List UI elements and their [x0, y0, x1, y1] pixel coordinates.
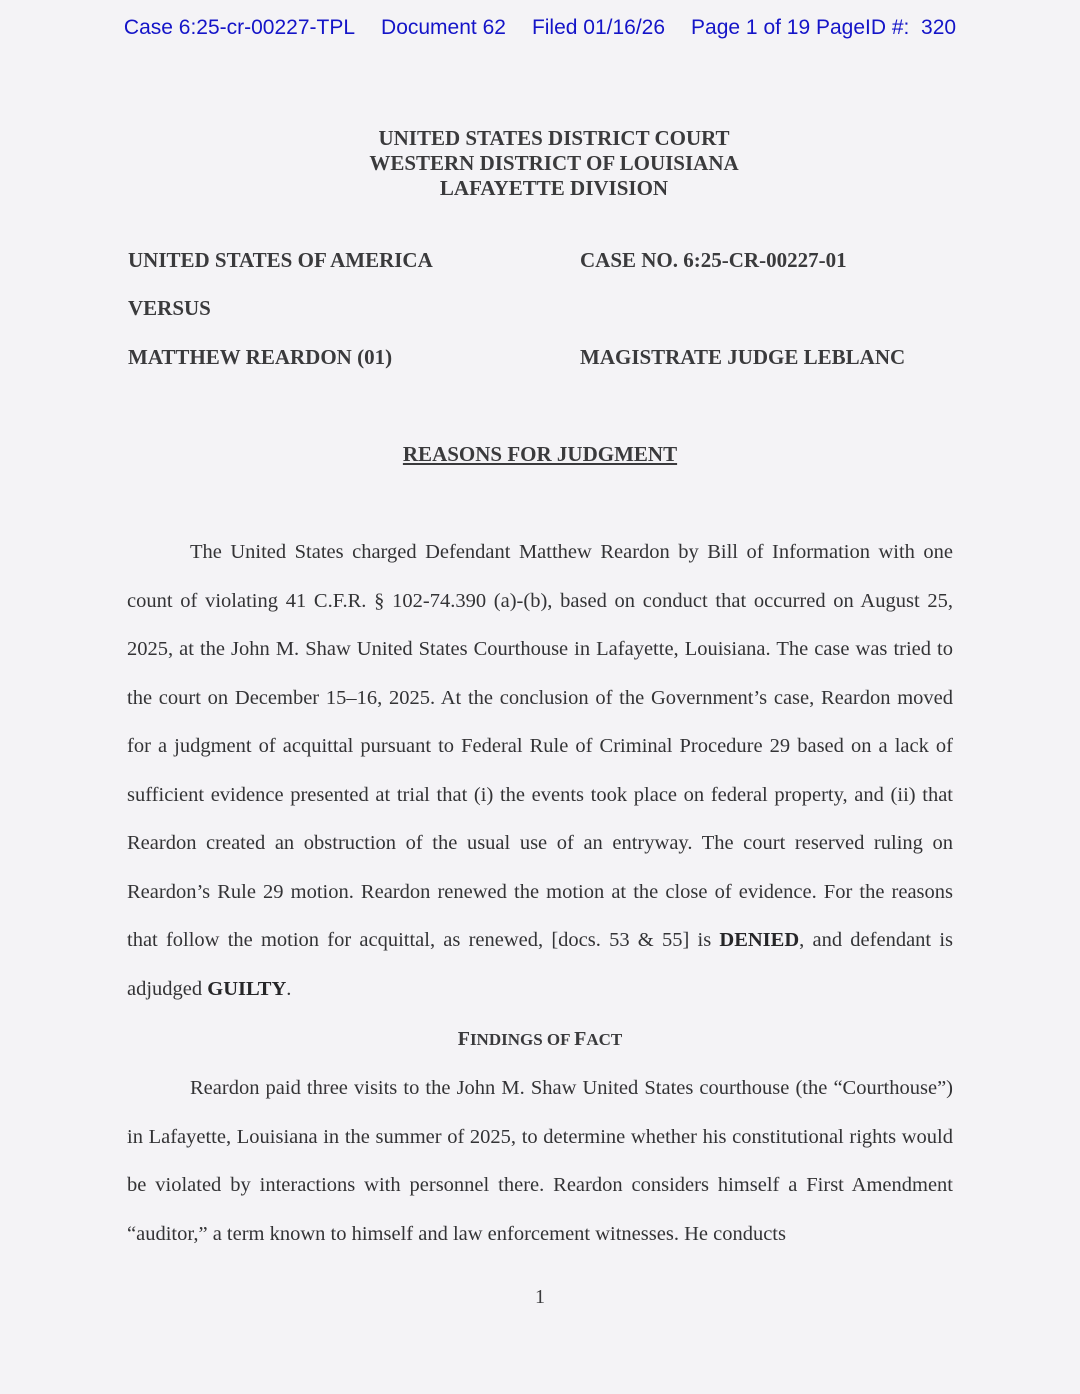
- heading-part: ACT: [586, 1030, 622, 1049]
- document-title: REASONS FOR JUDGMENT: [0, 442, 1080, 467]
- intro-text-3: .: [286, 978, 291, 1000]
- heading-part: F: [574, 1028, 586, 1050]
- caption-plaintiff: UNITED STATES OF AMERICA: [128, 248, 433, 273]
- court-division: LAFAYETTE DIVISION: [0, 176, 1080, 201]
- docket-header: Case 6:25-cr-00227-TPLDocument 62Filed 0…: [0, 16, 1080, 40]
- ruling-denied: DENIED: [719, 929, 799, 951]
- caption-versus: VERSUS: [128, 296, 211, 321]
- intro-paragraph: The United States charged Defendant Matt…: [127, 528, 953, 1013]
- heading-part: F: [458, 1028, 470, 1050]
- court-name: UNITED STATES DISTRICT COURT: [0, 126, 1080, 151]
- page-id-header: Page 1 of 19 PageID #: 320: [691, 16, 956, 39]
- caption-case-number: CASE NO. 6:25-CR-00227-01: [580, 248, 847, 273]
- caption-judge: MAGISTRATE JUDGE LEBLANC: [580, 345, 905, 370]
- intro-text: The United States charged Defendant Matt…: [127, 541, 953, 951]
- document-number-header: Document 62: [381, 16, 506, 39]
- heading-part: INDINGS OF: [470, 1030, 574, 1049]
- court-heading: UNITED STATES DISTRICT COURT WESTERN DIS…: [0, 126, 1080, 201]
- filed-date-header: Filed 01/16/26: [532, 16, 665, 39]
- case-number-header: Case 6:25-cr-00227-TPL: [124, 16, 355, 39]
- court-district: WESTERN DISTRICT OF LOUISIANA: [0, 151, 1080, 176]
- verdict-guilty: GUILTY: [207, 978, 286, 1000]
- findings-paragraph: Reardon paid three visits to the John M.…: [127, 1064, 953, 1258]
- section-heading-findings: FINDINGS OF FACT: [0, 1028, 1080, 1051]
- page-number: 1: [0, 1286, 1080, 1309]
- caption-defendant: MATTHEW REARDON (01): [128, 345, 392, 370]
